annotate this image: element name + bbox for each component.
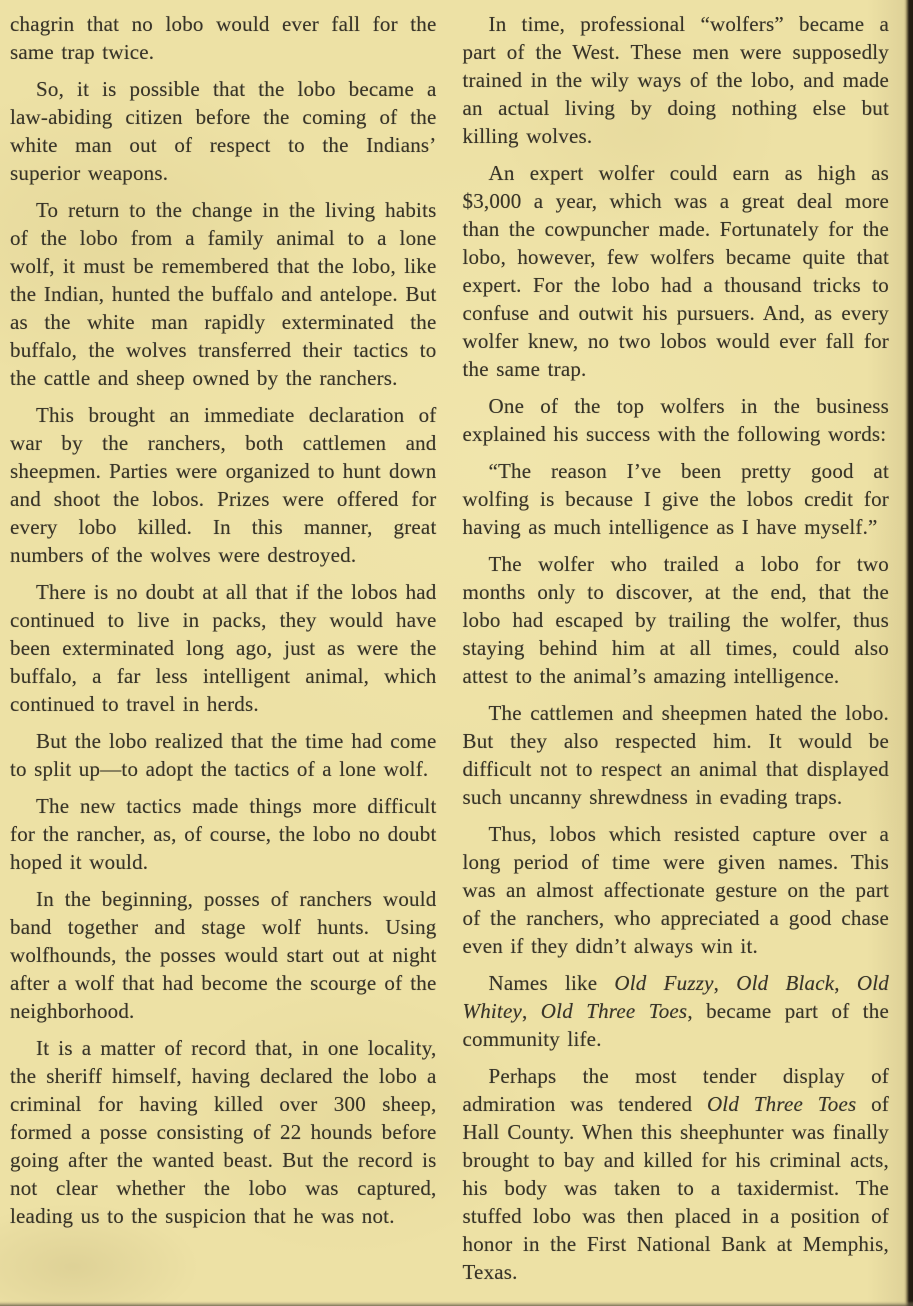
paragraph: An expert wolfer could earn as high as $…	[463, 159, 890, 383]
article-text: chagrin that no lobo would ever fall for…	[0, 0, 913, 1306]
text-run: ,	[714, 971, 737, 995]
paragraph: One of the top wolfers in the business e…	[463, 392, 890, 448]
italic-name-run: Old Three Toes	[707, 1092, 856, 1116]
text-run: ,	[834, 971, 857, 995]
text-run: So, it is possible that the lobo became …	[10, 77, 437, 185]
italic-name-run: Old Three Toes	[541, 999, 688, 1023]
text-run: To return to the change in the living ha…	[10, 198, 437, 390]
text-run: The new tactics made things more difficu…	[10, 794, 437, 874]
text-run: “The reason I’ve been pretty good at wol…	[463, 459, 890, 539]
text-run: chagrin that no lobo would ever fall for…	[10, 12, 437, 64]
paragraph: The wolfer who trailed a lobo for two mo…	[463, 550, 890, 690]
text-run: There is no doubt at all that if the lob…	[10, 580, 437, 716]
paragraph: The new tactics made things more difficu…	[10, 792, 437, 876]
paragraph: Names like Old Fuzzy, Old Black, Old Whi…	[463, 969, 890, 1053]
text-run: In the beginning, posses of ranchers wou…	[10, 887, 437, 1023]
text-column-left: chagrin that no lobo would ever fall for…	[10, 10, 437, 1306]
paragraph: To return to the change in the living ha…	[10, 196, 437, 392]
paragraph: But the lobo realized that the time had …	[10, 727, 437, 783]
text-column-right: In time, professional “wolfers” became a…	[463, 10, 890, 1306]
text-run: The wolfer who trailed a lobo for two mo…	[463, 552, 890, 688]
scan-edge-right	[904, 0, 913, 1306]
text-run: But the lobo realized that the time had …	[10, 729, 437, 781]
paragraph: There is no doubt at all that if the lob…	[10, 578, 437, 718]
text-run: An expert wolfer could earn as high as $…	[463, 161, 890, 381]
paragraph: This brought an immediate declaration of…	[10, 401, 437, 569]
paragraph: In time, professional “wolfers” became a…	[463, 10, 890, 150]
paragraph: So, it is possible that the lobo became …	[10, 75, 437, 187]
text-run: of Hall County. When this sheephunter wa…	[463, 1092, 890, 1284]
scanned-page: chagrin that no lobo would ever fall for…	[0, 0, 913, 1306]
text-run: The cattlemen and sheepmen hated the lob…	[463, 701, 890, 809]
text-run: It is a matter of record that, in one lo…	[10, 1036, 437, 1228]
paragraph: chagrin that no lobo would ever fall for…	[10, 10, 437, 66]
text-run: Names like	[489, 971, 615, 995]
italic-name-run: Old Black	[736, 971, 834, 995]
paragraph: It is a matter of record that, in one lo…	[10, 1034, 437, 1230]
paragraph: In the beginning, posses of ranchers wou…	[10, 885, 437, 1025]
text-run: This brought an immediate declaration of…	[10, 403, 437, 567]
paragraph: Thus, lobos which resisted capture over …	[463, 820, 890, 960]
text-run: In time, professional “wolfers” became a…	[463, 12, 890, 148]
paragraph: “The reason I’ve been pretty good at wol…	[463, 457, 890, 541]
scan-edge-bottom	[0, 1301, 913, 1306]
text-run: Thus, lobos which resisted capture over …	[463, 822, 890, 958]
text-run: ,	[522, 999, 541, 1023]
text-run: One of the top wolfers in the business e…	[463, 394, 890, 446]
italic-name-run: Old Fuzzy	[614, 971, 713, 995]
paragraph: Perhaps the most tender display of admir…	[463, 1062, 890, 1286]
paragraph: The cattlemen and sheepmen hated the lob…	[463, 699, 890, 811]
